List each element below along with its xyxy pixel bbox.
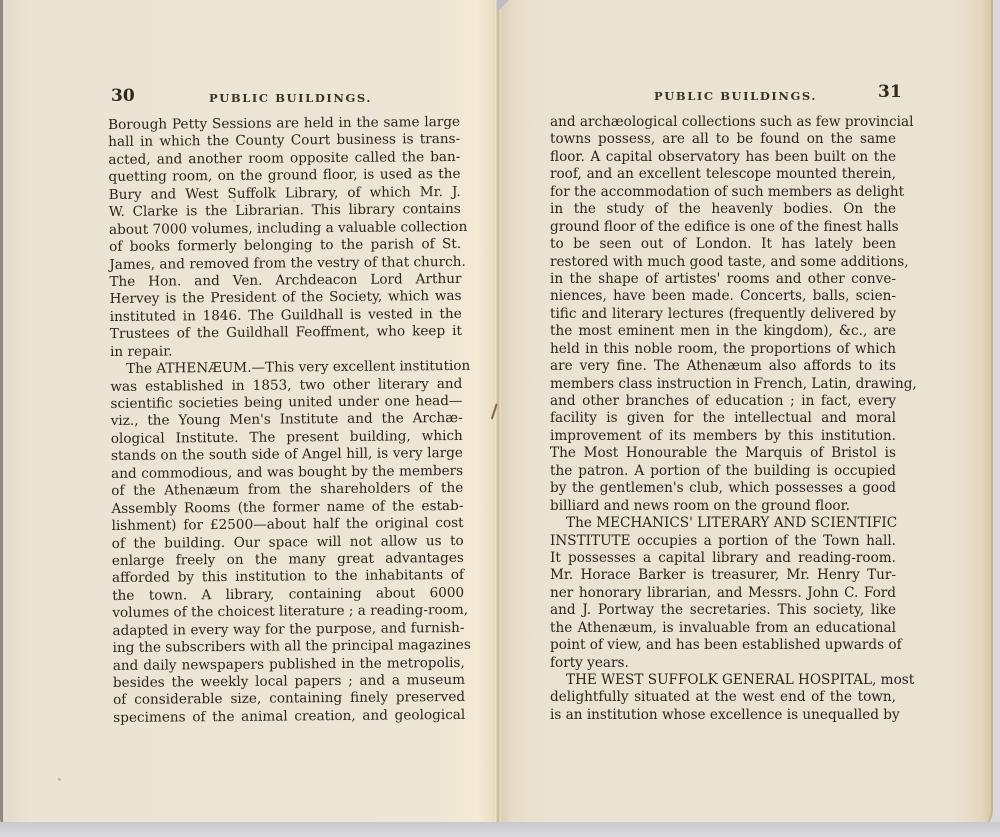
text-line: Mr. Horace Barker is treasurer, Mr. Henr… [550, 567, 896, 584]
left-page: 30 PUBLIC BUILDINGS. Borough Petty Sessi… [0, 0, 498, 825]
text-line: ner honorary librarian, and Messrs. John… [550, 585, 896, 602]
text-line: to be seen out of London. It has lately … [550, 236, 896, 253]
text-line: It possesses a capital library and readi… [550, 550, 896, 567]
text-line: is an institution whose excellence is un… [550, 707, 896, 724]
text-line: and archæological collections such as fe… [550, 114, 896, 131]
text-line: in the study of the heavenly bodies. On … [550, 201, 896, 218]
text-line: and other branches of education ; in fac… [550, 393, 896, 410]
text-line: and J. Portway the secretaries. This soc… [550, 602, 896, 619]
text-line: roof, and an excellent telescope mounted… [550, 166, 896, 183]
left-page-body: Borough Petty Sessions are held in the s… [108, 114, 465, 727]
text-line: tific and literary lectures (frequently … [550, 306, 896, 323]
text-line: The Most Honourable the Marquis of Brist… [550, 445, 896, 462]
text-line: the most eminent men in the kingdom), &c… [550, 323, 896, 340]
right-page: PUBLIC BUILDINGS. 31 and archæological c… [498, 0, 993, 832]
text-line: the Athenæum, is invaluable from an educ… [550, 620, 896, 637]
text-line: INSTITUTE occupies a portion of the Town… [550, 533, 896, 550]
paper-spot [233, 200, 235, 202]
text-line: are very fine. The Athenæum also affords… [550, 358, 896, 375]
text-line: for the accommodation of such members as… [550, 184, 896, 201]
text-line: Trustees of the Guildhall Feoffment, who… [110, 323, 462, 344]
text-line: delightfully situated at the west end of… [550, 689, 896, 706]
book-spread: 30 PUBLIC BUILDINGS. Borough Petty Sessi… [0, 0, 1000, 837]
text-line: the patron. A portion of the building is… [550, 463, 896, 480]
text-line: towns possess, are all to be found on th… [550, 131, 896, 148]
text-line: THE WEST SUFFOLK GENERAL HOSPITAL, most [550, 672, 896, 689]
text-line: billiard and news room on the ground flo… [550, 498, 896, 515]
left-running-head: PUBLIC BUILDINGS. [209, 91, 372, 105]
text-line: The MECHANICS' LITERARY AND SCIENTIFIC [550, 515, 896, 532]
text-line: floor. A capital observatory has been bu… [550, 149, 896, 166]
text-line: forty years. [550, 655, 896, 672]
text-line: facility is given for the intellectual a… [550, 410, 896, 427]
text-line: specimens of the animal creation, and ge… [113, 707, 465, 728]
right-page-number: 31 [878, 82, 902, 102]
text-line: ground floor of the edifice is one of th… [550, 219, 896, 236]
text-line: members class instruction in French, Lat… [550, 376, 896, 393]
text-line: in the shape of artistes' rooms and othe… [550, 271, 896, 288]
right-page-body: and archæological collections such as fe… [550, 114, 896, 724]
text-line: improvement of its members by this insti… [550, 428, 896, 445]
text-line: held in this noble room, the proportions… [550, 341, 896, 358]
paper-spot [58, 778, 61, 781]
text-line: niences, have been made. Concerts, balls… [550, 288, 896, 305]
right-running-head: PUBLIC BUILDINGS. [654, 89, 817, 103]
table-surface [0, 822, 1000, 837]
text-line: restored with much good taste, and some … [550, 254, 896, 271]
left-page-number: 30 [111, 86, 135, 106]
text-line: by the gentlemen's club, which possesses… [550, 480, 896, 497]
text-line: point of view, and has been established … [550, 637, 896, 654]
